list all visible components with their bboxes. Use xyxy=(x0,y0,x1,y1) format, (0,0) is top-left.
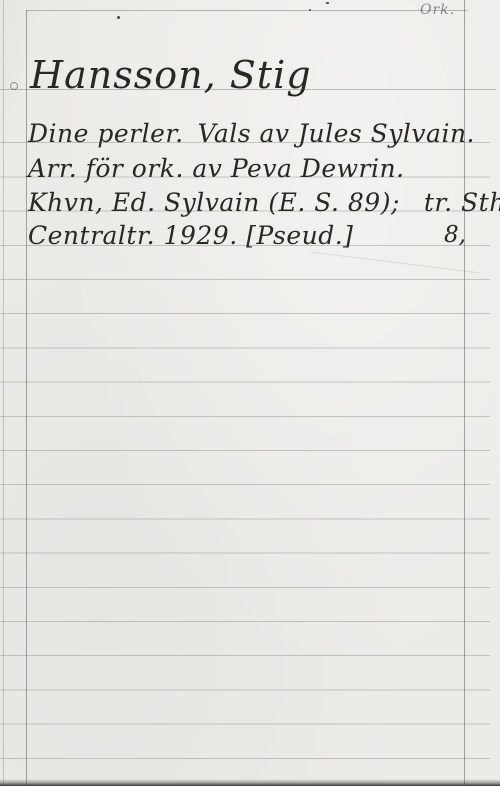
catalog-card-page: Ork. Hansson, Stig Dine perler.Vals av J… xyxy=(0,0,500,786)
entry-line-imprint: Centraltr. 1929. [Pseud.] xyxy=(28,223,353,248)
entry-heading: Hansson, Stig xyxy=(30,56,312,94)
left-margin-line xyxy=(26,10,27,786)
publisher-text: Khvn, Ed. Sylvain (E. S. 89); xyxy=(28,188,400,217)
entry-line-arrangement: Arr. för ork. av Peva Dewrin. xyxy=(28,156,405,181)
title-subtext: Vals av Jules Sylvain. xyxy=(198,119,475,148)
page-count-number: 8, xyxy=(444,222,466,248)
printer-text: tr. Sthlm, xyxy=(424,188,500,217)
margin-circle-mark xyxy=(10,82,18,90)
right-margin-line xyxy=(464,0,465,786)
arrangement-text: Arr. för ork. av Peva Dewrin. xyxy=(28,154,405,183)
ink-speck xyxy=(117,16,120,19)
paper-crease xyxy=(311,252,480,274)
imprint-text: Centraltr. 1929. [Pseud.] xyxy=(28,221,353,250)
ink-speck xyxy=(326,2,329,4)
left-paper-edge-line xyxy=(3,0,4,786)
top-rule-line xyxy=(26,10,467,11)
entry-line-publisher: Khvn, Ed. Sylvain (E. S. 89);tr. Sthlm, xyxy=(28,190,500,215)
entry-line-title: Dine perler.Vals av Jules Sylvain. xyxy=(28,121,475,146)
title-text: Dine perler. xyxy=(28,119,184,148)
ink-speck xyxy=(309,9,311,11)
pencil-note-ork: Ork. xyxy=(420,2,455,18)
bottom-scan-edge xyxy=(0,779,500,786)
